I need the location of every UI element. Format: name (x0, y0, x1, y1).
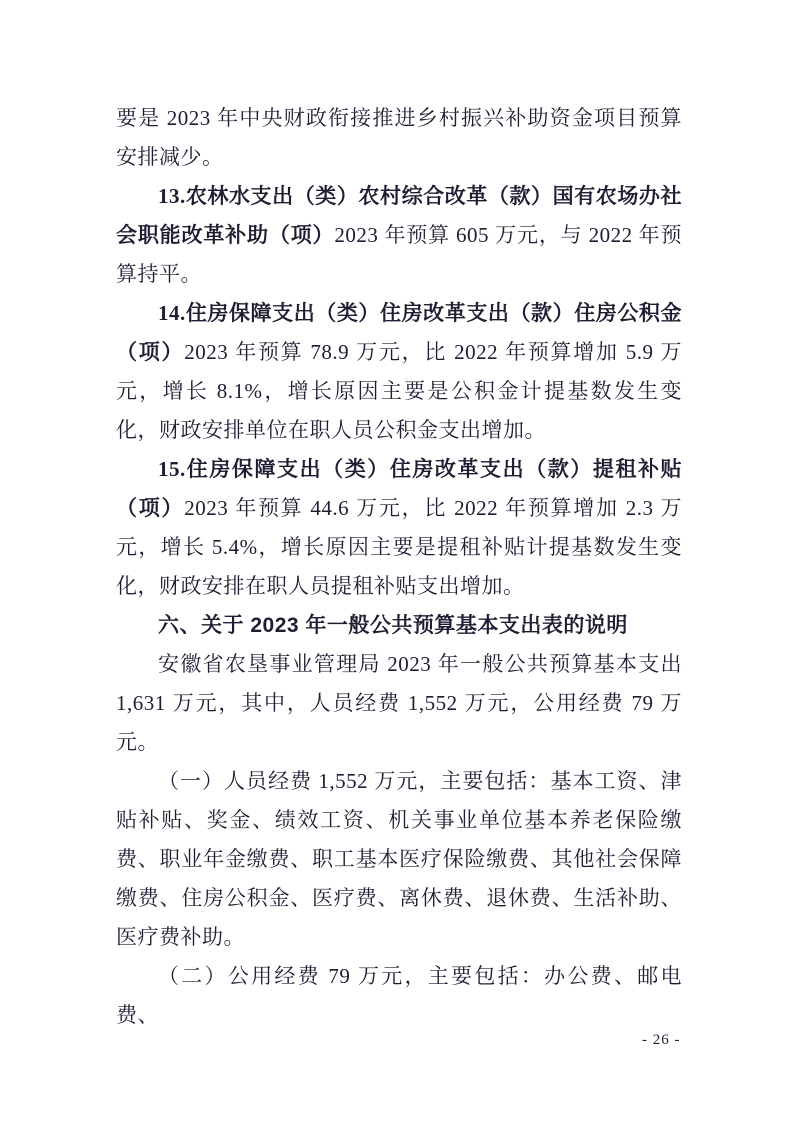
paragraph: 13.农林水支出（类）农村综合改革（款）国有农场办社会职能改革补助（项）2023… (116, 177, 682, 294)
document-body: 要是 2023 年中央财政衔接推进乡村振兴补助资金项目预算安排减少。13.农林水… (116, 99, 682, 1035)
section-heading: 六、关于 2023 年一般公共预算基本支出表的说明 (116, 606, 682, 645)
paragraph: （二）公用经费 79 万元，主要包括：办公费、邮电费、 (116, 957, 682, 1035)
text-run-heading: 六、关于 2023 年一般公共预算基本支出表的说明 (158, 614, 628, 637)
paragraph: 14.住房保障支出（类）住房改革支出（款）住房公积金（项）2023 年预算 78… (116, 294, 682, 450)
text-run-normal: （一）人员经费 1,552 万元，主要包括：基本工资、津贴补贴、奖金、绩效工资、… (116, 769, 682, 949)
paragraph: （一）人员经费 1,552 万元，主要包括：基本工资、津贴补贴、奖金、绩效工资、… (116, 762, 682, 957)
text-run-normal: 要是 2023 年中央财政衔接推进乡村振兴补助资金项目预算安排减少。 (116, 106, 682, 169)
text-run-normal: 2023 年预算 78.9 万元，比 2022 年预算增加 5.9 万元，增长 … (116, 340, 682, 442)
text-run-normal: 安徽省农垦事业管理局 2023 年一般公共预算基本支出 1,631 万元，其中，… (116, 652, 682, 754)
document-page: 要是 2023 年中央财政衔接推进乡村振兴补助资金项目预算安排减少。13.农林水… (0, 0, 794, 1123)
page-number: - 26 - (642, 1031, 681, 1049)
text-run-normal: 2023 年预算 44.6 万元，比 2022 年预算增加 2.3 万元，增长 … (116, 496, 682, 598)
paragraph: 15.住房保障支出（类）住房改革支出（款）提租补贴（项）2023 年预算 44.… (116, 450, 682, 606)
paragraph: 安徽省农垦事业管理局 2023 年一般公共预算基本支出 1,631 万元，其中，… (116, 645, 682, 762)
text-run-normal: （二）公用经费 79 万元，主要包括：办公费、邮电费、 (116, 964, 682, 1027)
paragraph: 要是 2023 年中央财政衔接推进乡村振兴补助资金项目预算安排减少。 (116, 99, 682, 177)
